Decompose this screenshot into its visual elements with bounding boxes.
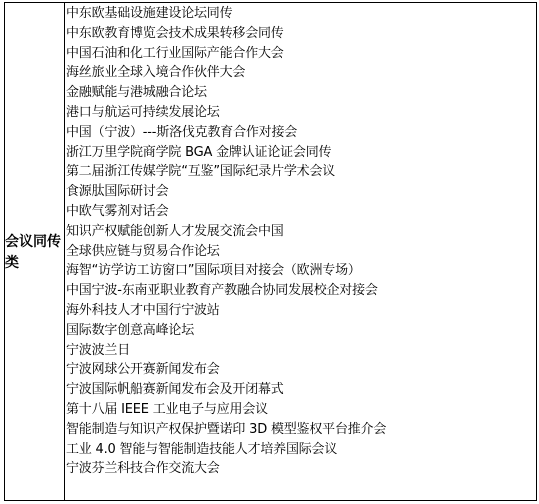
list-item: 宁波波兰日 (66, 341, 536, 361)
list-item: 港口与航运可持续发展论坛 (66, 103, 536, 123)
list-item: 知识产权赋能创新人才发展交流会中国 (66, 222, 536, 242)
items-cell: 中东欧基础设施建设论坛同传 中东欧教育博览会技术成果转移会同传 中国石油和化工行… (65, 3, 536, 500)
list-item: 海丝旅业全球入境合作伙伴大会 (66, 63, 536, 83)
list-item: 中国（宁波）---斯洛伐克教育合作对接会 (66, 123, 536, 143)
list-item: 海外科技人才中国行宁波站 (66, 301, 536, 321)
list-item: 中国宁波-东南亚职业教育产教融合协同发展校企对接会 (66, 281, 536, 301)
list-item: 第十八届 IEEE 工业电子与应用会议 (66, 400, 536, 420)
list-item: 工业 4.0 智能与智能制造技能人才培养国际会议 (66, 440, 536, 460)
list-item: 全球供应链与贸易合作论坛 (66, 242, 536, 262)
list-item: 浙江万里学院商学院 BGA 金牌认证论证会同传 (66, 143, 536, 163)
list-item: 智能制造与知识产权保护暨诺印 3D 模型鉴权平台推介会 (66, 420, 536, 440)
list-item: 中东欧教育博览会技术成果转移会同传 (66, 24, 536, 44)
list-item: 食源肽国际研讨会 (66, 182, 536, 202)
list-item: 宁波国际帆船赛新闻发布会及开闭幕式 (66, 380, 536, 400)
conference-interpreting-table: 会议同传类 中东欧基础设施建设论坛同传 中东欧教育博览会技术成果转移会同传 中国… (4, 2, 537, 501)
category-label: 会议同传类 (5, 232, 64, 274)
category-cell: 会议同传类 (5, 3, 65, 500)
list-item: 宁波芬兰科技合作交流大会 (66, 459, 536, 479)
list-item: 海智“访学访工访窗口”国际项目对接会（欧洲专场） (66, 261, 536, 281)
list-item: 中国石油和化工行业国际产能合作大会 (66, 44, 536, 64)
list-item: 国际数字创意高峰论坛 (66, 321, 536, 341)
list-item: 中欧气雾剂对话会 (66, 202, 536, 222)
list-item: 第二届浙江传媒学院“互鉴”国际纪录片学术会议 (66, 162, 536, 182)
list-item: 金融赋能与港城融合论坛 (66, 83, 536, 103)
list-item: 中东欧基础设施建设论坛同传 (66, 4, 536, 24)
list-item: 宁波网球公开赛新闻发布会 (66, 360, 536, 380)
